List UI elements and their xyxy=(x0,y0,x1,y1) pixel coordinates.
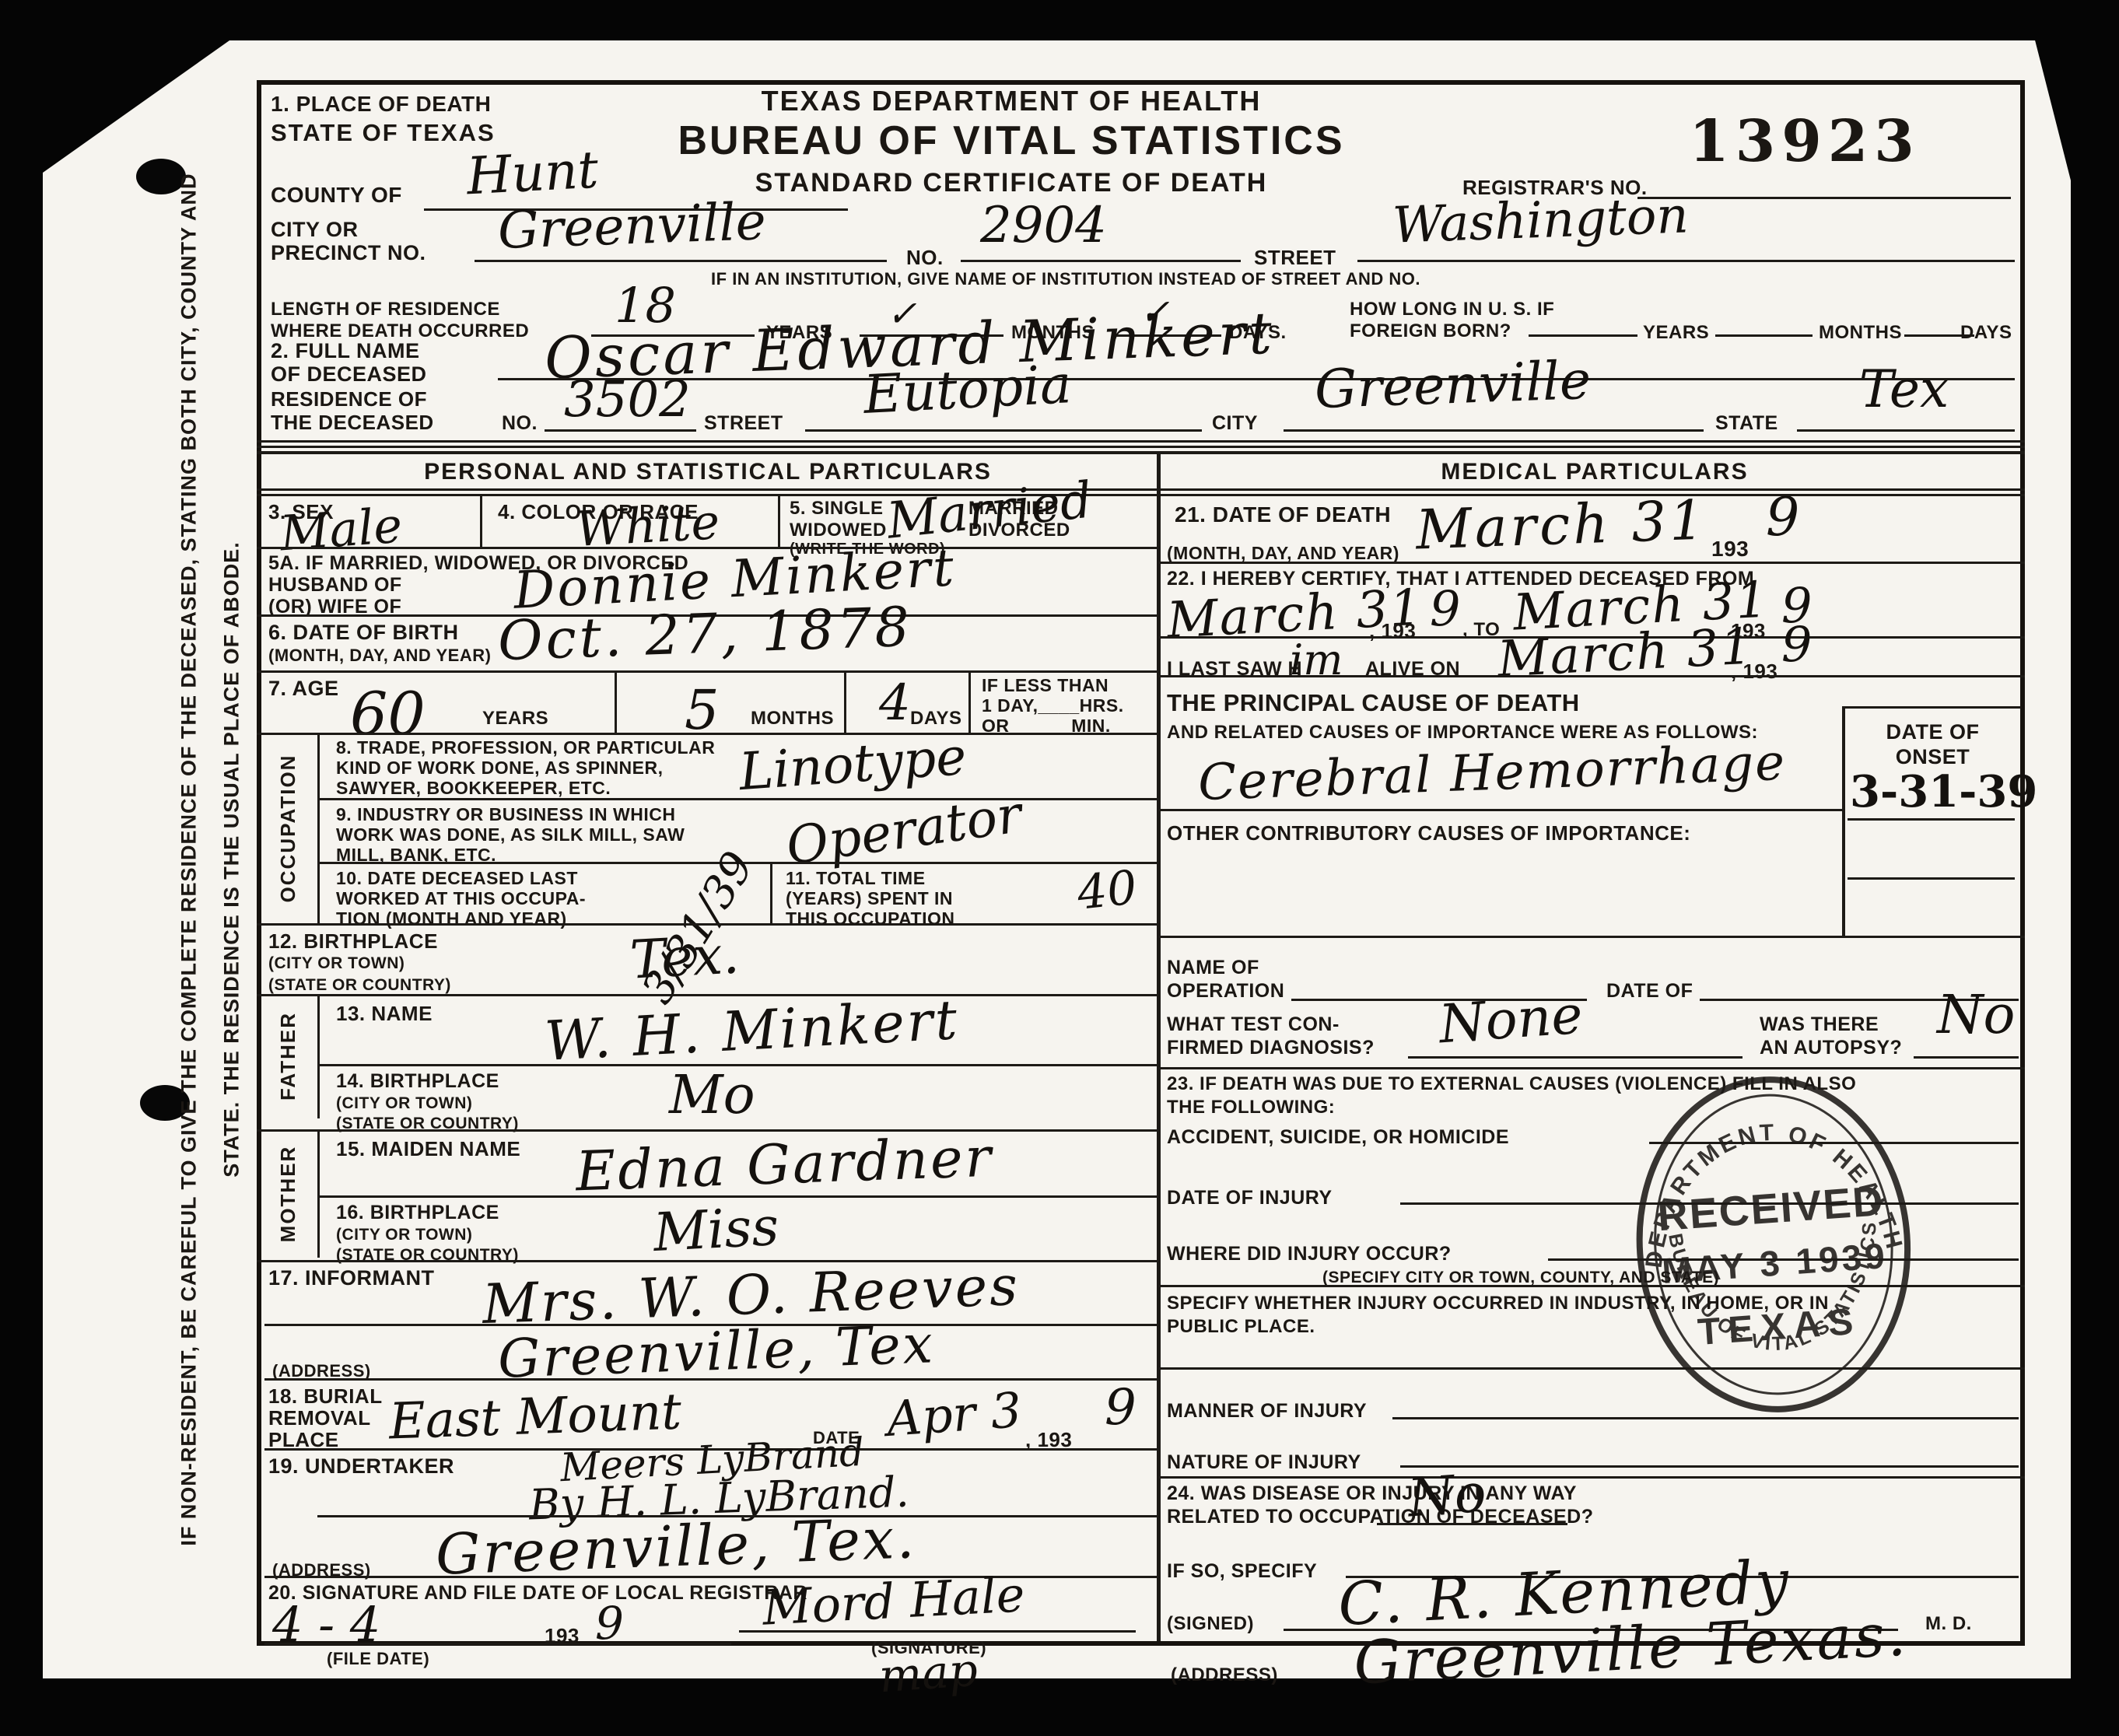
informant-label: 17. INFORMANT xyxy=(268,1268,435,1289)
burial-date-value: Apr 3 xyxy=(885,1386,1023,1444)
cell-divider xyxy=(778,494,780,547)
father-birthplace-value: Mo xyxy=(669,1069,755,1122)
header-certificate-title: STANDARD CERTIFICATE OF DEATH xyxy=(661,170,1361,196)
injury-date-label: DATE OF INJURY xyxy=(1167,1188,1333,1208)
industry-label-1: 9. INDUSTRY OR BUSINESS IN WHICH xyxy=(336,806,675,824)
cell-divider xyxy=(480,494,482,547)
dob-label: 6. DATE OF BIRTH xyxy=(268,622,459,643)
md-label: M. D. xyxy=(1925,1615,1972,1633)
rule-line xyxy=(1157,1476,2025,1479)
burial-place-value: East Mount xyxy=(388,1387,682,1447)
related-occupation-label-1: 24. WAS DISEASE OR INJURY IN ANY WAY xyxy=(1167,1484,1577,1503)
city-value: Greenville xyxy=(497,196,767,257)
received-stamp: DEPARTMENT OF HEALTH BUREAU OF VITAL STA… xyxy=(1613,1057,1933,1434)
personal-particulars-header: PERSONAL AND STATISTICAL PARTICULARS xyxy=(334,460,1081,484)
test-value: None xyxy=(1438,989,1585,1052)
manner-label: MANNER OF INJURY xyxy=(1167,1402,1367,1421)
header-bureau: BUREAU OF VITAL STATISTICS xyxy=(622,121,1400,161)
lastworked-label-2: WORKED AT THIS OCCUPA- xyxy=(336,890,586,908)
rule-line xyxy=(1157,562,2025,564)
header-department: TEXAS DEPARTMENT OF HEALTH xyxy=(661,87,1361,115)
trade-label-2: KIND OF WORK DONE, AS SPINNER, xyxy=(336,759,664,777)
operation-label-1: NAME OF xyxy=(1167,958,1259,978)
onset-label-1: DATE OF xyxy=(1845,722,2020,743)
cell-divider xyxy=(770,862,772,923)
age-label: 7. AGE xyxy=(268,678,339,699)
rule-line xyxy=(1159,809,1844,811)
rule-line xyxy=(257,733,1157,735)
rule-line xyxy=(1284,429,1704,432)
date-of-death-year-digit: 9 xyxy=(1766,492,1799,544)
rule-line xyxy=(1159,675,2025,677)
age-months-label: MONTHS xyxy=(751,709,834,728)
burial-label-2: REMOVAL xyxy=(268,1408,371,1428)
mother-birthplace-label: 16. BIRTHPLACE xyxy=(336,1203,499,1223)
county-value: Hunt xyxy=(465,145,599,203)
scan-edge-bottom xyxy=(0,1678,2119,1736)
rule-line xyxy=(257,547,1157,549)
place-of-death-label: 1. PLACE OF DEATH xyxy=(271,93,491,115)
informant-address-value: Greenville, Tex xyxy=(497,1318,936,1387)
margin-note-line1: IF NON-RESIDENT, BE CAREFUL TO GIVE THE … xyxy=(179,173,200,1545)
injury-specify-label-2: PUBLIC PLACE. xyxy=(1167,1318,1315,1336)
mother-vertical-label: MOTHER xyxy=(278,1146,298,1243)
totaltime-value: 40 xyxy=(1075,864,1139,917)
injury-where-label: WHERE DID INJURY OCCUR? xyxy=(1167,1244,1452,1264)
birthplace-sub-1: (CITY OR TOWN) xyxy=(268,955,405,971)
cell-divider xyxy=(968,670,971,733)
burial-label-3: PLACE xyxy=(268,1430,339,1450)
column-divider xyxy=(1157,451,1161,1641)
residence-no-label: NO. xyxy=(502,414,538,433)
rule-line xyxy=(1408,1056,1742,1059)
race-value: White xyxy=(575,498,721,554)
rule-line xyxy=(257,994,1157,996)
undertaker-address-value: Greenville, Tex. xyxy=(435,1510,917,1583)
autopsy-value: No xyxy=(1937,989,2015,1042)
scanned-death-certificate: IF NON-RESIDENT, BE CAREFUL TO GIVE THE … xyxy=(0,0,2119,1736)
rule-line xyxy=(961,260,1241,262)
rule-line xyxy=(257,446,2025,448)
howlong-years-label: YEARS xyxy=(1643,324,1709,342)
length-residence-label-2: WHERE DEATH OCCURRED xyxy=(271,322,529,341)
rule-line xyxy=(1797,429,2015,432)
howlong-days-label: DAYS xyxy=(1960,324,2012,342)
howlong-label-2: FOREIGN BORN? xyxy=(1350,322,1511,341)
date-of-death-sub: (MONTH, DAY, AND YEAR) xyxy=(1167,544,1399,562)
rule-line xyxy=(475,260,887,262)
s5a-label-2: HUSBAND OF xyxy=(268,576,402,595)
marital-label-1a: 5. SINGLE xyxy=(790,499,884,518)
file-date-value: 4 - 4 xyxy=(272,1601,380,1649)
rule-line xyxy=(739,1630,1136,1633)
lastsaw-printed: , 193 xyxy=(1731,661,1778,681)
father-birthplace-label: 14. BIRTHPLACE xyxy=(336,1072,499,1091)
father-name-label: 13. NAME xyxy=(336,1003,433,1024)
signed-label: (SIGNED) xyxy=(1167,1615,1254,1633)
autopsy-label-1: WAS THERE xyxy=(1760,1015,1879,1034)
residence-label-2: THE DECEASED xyxy=(271,412,434,432)
mother-birthplace-value: Miss xyxy=(652,1201,780,1260)
full-name-label-2: OF DECEASED xyxy=(271,364,427,385)
age-years-label: YEARS xyxy=(482,709,548,728)
nature-label: NATURE OF INJURY xyxy=(1167,1453,1361,1472)
age-days-label: DAYS xyxy=(910,709,961,728)
residence-street-value: Eutopia xyxy=(862,359,1073,422)
maiden-name-label: 15. MAIDEN NAME xyxy=(336,1139,520,1159)
rule-line xyxy=(264,1378,1157,1381)
birthplace-value: Tex. xyxy=(629,929,741,987)
birthplace-sub-2: (STATE OR COUNTRY) xyxy=(268,977,451,993)
rule-line xyxy=(317,798,1157,800)
date-of-death-year-printed: 193 xyxy=(1711,538,1749,560)
autopsy-label-2: AN AUTOPSY? xyxy=(1760,1038,1902,1058)
trade-label-1: 8. TRADE, PROFESSION, OR PARTICULAR xyxy=(336,739,715,757)
residence-no-value: 3502 xyxy=(564,375,691,425)
undertaker-label: 19. UNDERTAKER xyxy=(268,1456,454,1477)
father-vertical-label: FATHER xyxy=(278,1012,298,1101)
principal-cause-label: THE PRINCIPAL CAUSE OF DEATH xyxy=(1167,691,1580,715)
rule-line xyxy=(1848,877,2015,880)
lastworked-label-1: 10. DATE DECEASED LAST xyxy=(336,870,578,887)
dob-value: Oct. 27, 1878 xyxy=(497,600,913,669)
date-of-death-label: 21. DATE OF DEATH xyxy=(1175,504,1391,526)
rule-line xyxy=(257,670,1157,673)
operation-label-2: OPERATION xyxy=(1167,982,1284,1001)
street-label: STREET xyxy=(1254,247,1336,268)
occupation-vertical-label: OCCUPATION xyxy=(278,754,298,903)
burial-label-1: 18. BURIAL xyxy=(268,1386,383,1406)
trade-value: Linotype xyxy=(737,731,968,798)
rule-line xyxy=(257,451,2025,454)
medical-particulars-header: MEDICAL PARTICULARS xyxy=(1182,460,2007,484)
certificate-number: 13923 xyxy=(1665,113,1945,170)
age-months-value: 5 xyxy=(685,683,720,737)
rule-line xyxy=(1914,1056,2019,1059)
howlong-label-1: HOW LONG IN U. S. IF xyxy=(1350,300,1554,319)
scan-edge-top xyxy=(0,0,2119,40)
external-causes-label-2: THE FOLLOWING: xyxy=(1167,1098,1335,1117)
marital-label-2a: WIDOWED xyxy=(790,521,887,540)
file-date-label: (FILE DATE) xyxy=(327,1650,429,1668)
rule-line xyxy=(257,1129,1157,1132)
residence-label-1: RESIDENCE OF xyxy=(271,389,427,409)
rule-line xyxy=(1848,818,2015,821)
scan-edge-right xyxy=(2071,0,2119,1736)
test-label-1: WHAT TEST CON- xyxy=(1167,1015,1340,1034)
county-label: COUNTY OF xyxy=(271,184,402,206)
cell-divider xyxy=(615,670,617,733)
test-label-2: FIRMED DIAGNOSIS? xyxy=(1167,1038,1375,1058)
scan-edge-left xyxy=(0,0,43,1736)
street-no-value: 2904 xyxy=(980,201,1107,250)
rule-line xyxy=(1357,260,2015,262)
cell-divider xyxy=(844,670,846,733)
rule-line xyxy=(545,429,696,432)
related-occupation-value: No xyxy=(1406,1468,1488,1526)
institution-note: IF IN AN INSTITUTION, GIVE NAME OF INSTI… xyxy=(405,271,1727,288)
rule-line xyxy=(805,429,1202,432)
rule-line xyxy=(264,1643,731,1645)
attended-from-digit: 9 xyxy=(1430,585,1460,633)
mother-bracket-line xyxy=(317,1129,320,1258)
city-label-2: PRECINCT NO. xyxy=(271,243,426,264)
registrar-signature-value: Mord Hale xyxy=(762,1570,1026,1633)
onset-label-2: ONSET xyxy=(1845,747,2020,768)
city-label-1: CITY OR xyxy=(271,219,359,240)
rule-line xyxy=(1529,334,1637,337)
father-bracket-line xyxy=(317,994,320,1118)
operation-date-label: DATE OF xyxy=(1606,982,1693,1001)
informant-address-label: (ADDRESS) xyxy=(272,1363,371,1380)
length-residence-label-1: LENGTH OF RESIDENCE xyxy=(271,300,500,319)
less-than-label-1: IF LESS THAN xyxy=(982,677,1109,695)
state-of-texas-label: STATE OF TEXAS xyxy=(271,121,496,145)
rule-line xyxy=(1715,334,1813,337)
file-date-year-digit: 9 xyxy=(595,1601,624,1646)
rule-line xyxy=(1637,197,2011,199)
rule-line xyxy=(1400,1465,2019,1468)
rule-line xyxy=(1377,1523,1567,1525)
occupation-bracket-line xyxy=(317,733,320,923)
totaltime-label-1: 11. TOTAL TIME xyxy=(786,870,926,887)
lastsaw-digit: 9 xyxy=(1781,621,1812,669)
residence-state-value: Tex xyxy=(1859,364,1949,415)
rule-line xyxy=(498,378,2015,380)
residence-city-label: CITY xyxy=(1212,414,1258,433)
registrar-extra-writing: map xyxy=(877,1647,979,1699)
residence-state-label: STATE xyxy=(1715,414,1778,433)
rule-line xyxy=(1157,488,2025,491)
sex-value: Male xyxy=(278,502,404,558)
birthplace-label: 12. BIRTHPLACE xyxy=(268,931,438,951)
onset-value: 3-31-39 xyxy=(1850,770,2037,814)
rule-line xyxy=(1842,706,2021,709)
mother-birthplace-sub-1: (CITY OR TOWN) xyxy=(336,1227,472,1243)
burial-year-printed: , 193 xyxy=(1025,1430,1072,1450)
burial-year-digit: 9 xyxy=(1105,1383,1137,1433)
street-no-label: NO. xyxy=(906,247,944,268)
physician-address-label: (ADDRESS) xyxy=(1171,1666,1278,1685)
rule-line xyxy=(257,440,2025,443)
less-than-label-2: 1 DAY,____HRS. xyxy=(982,697,1124,715)
industry-label-2: WORK WAS DONE, AS SILK MILL, SAW xyxy=(336,826,685,844)
other-contributory-label: OTHER CONTRIBUTORY CAUSES OF IMPORTANCE: xyxy=(1167,823,1690,843)
residence-city-value: Greenville xyxy=(1314,355,1592,417)
date-of-death-value: March 31 xyxy=(1415,492,1708,557)
totaltime-label-2: (YEARS) SPENT IN xyxy=(786,890,953,908)
ifso-label: IF SO, SPECIFY xyxy=(1167,1562,1317,1581)
street-value: Washington xyxy=(1392,191,1690,250)
dob-sub-label: (MONTH, DAY, AND YEAR) xyxy=(268,647,491,664)
residence-street-label: STREET xyxy=(704,414,783,433)
howlong-months-label: MONTHS xyxy=(1819,324,1902,342)
maiden-name-value: Edna Gardner xyxy=(575,1130,994,1199)
father-birthplace-sub-1: (CITY OR TOWN) xyxy=(336,1095,472,1111)
age-days-value: 4 xyxy=(879,678,911,728)
full-name-label-1: 2. FULL NAME xyxy=(271,341,420,362)
accident-label: ACCIDENT, SUICIDE, OR HOMICIDE xyxy=(1167,1128,1509,1147)
trade-label-3: SAWYER, BOOKKEEPER, ETC. xyxy=(336,779,611,797)
margin-note-line2: STATE. THE RESIDENCE IS THE USUAL PLACE … xyxy=(222,541,243,1178)
rule-line xyxy=(257,1260,1157,1262)
rule-line xyxy=(1157,936,2025,938)
